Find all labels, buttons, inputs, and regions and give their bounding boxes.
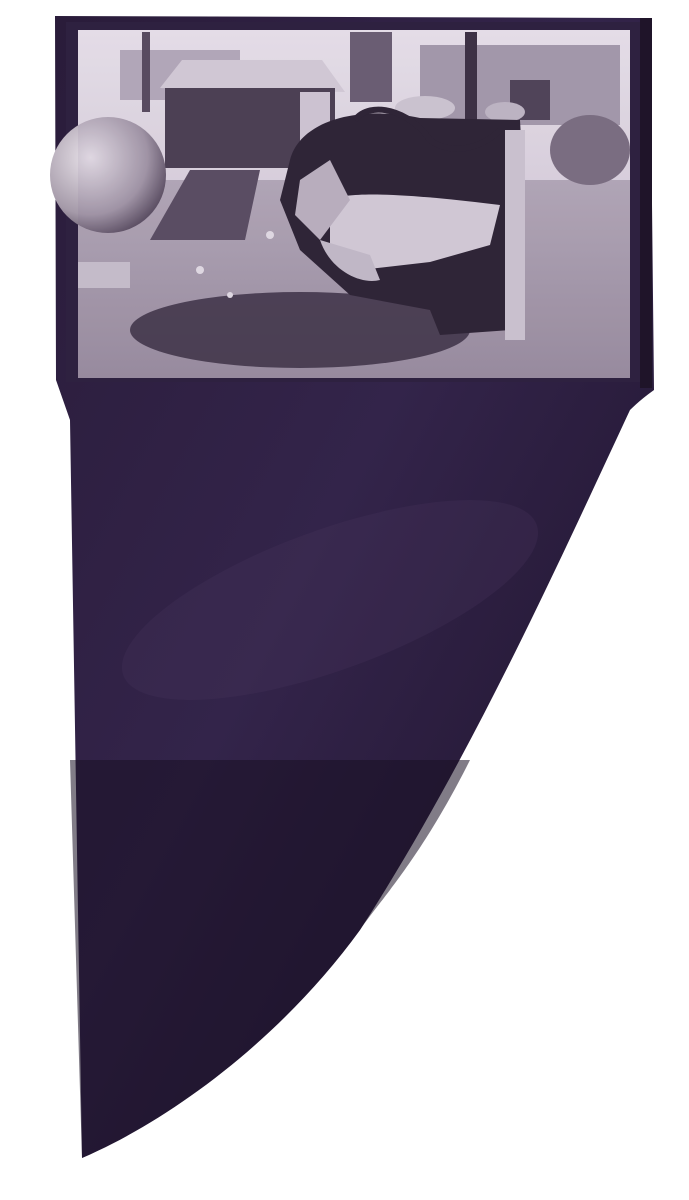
panel-edge [640, 18, 652, 388]
artwork-panel [0, 0, 689, 1200]
photograph [50, 30, 630, 378]
panel-lower-shadow [70, 760, 470, 1158]
